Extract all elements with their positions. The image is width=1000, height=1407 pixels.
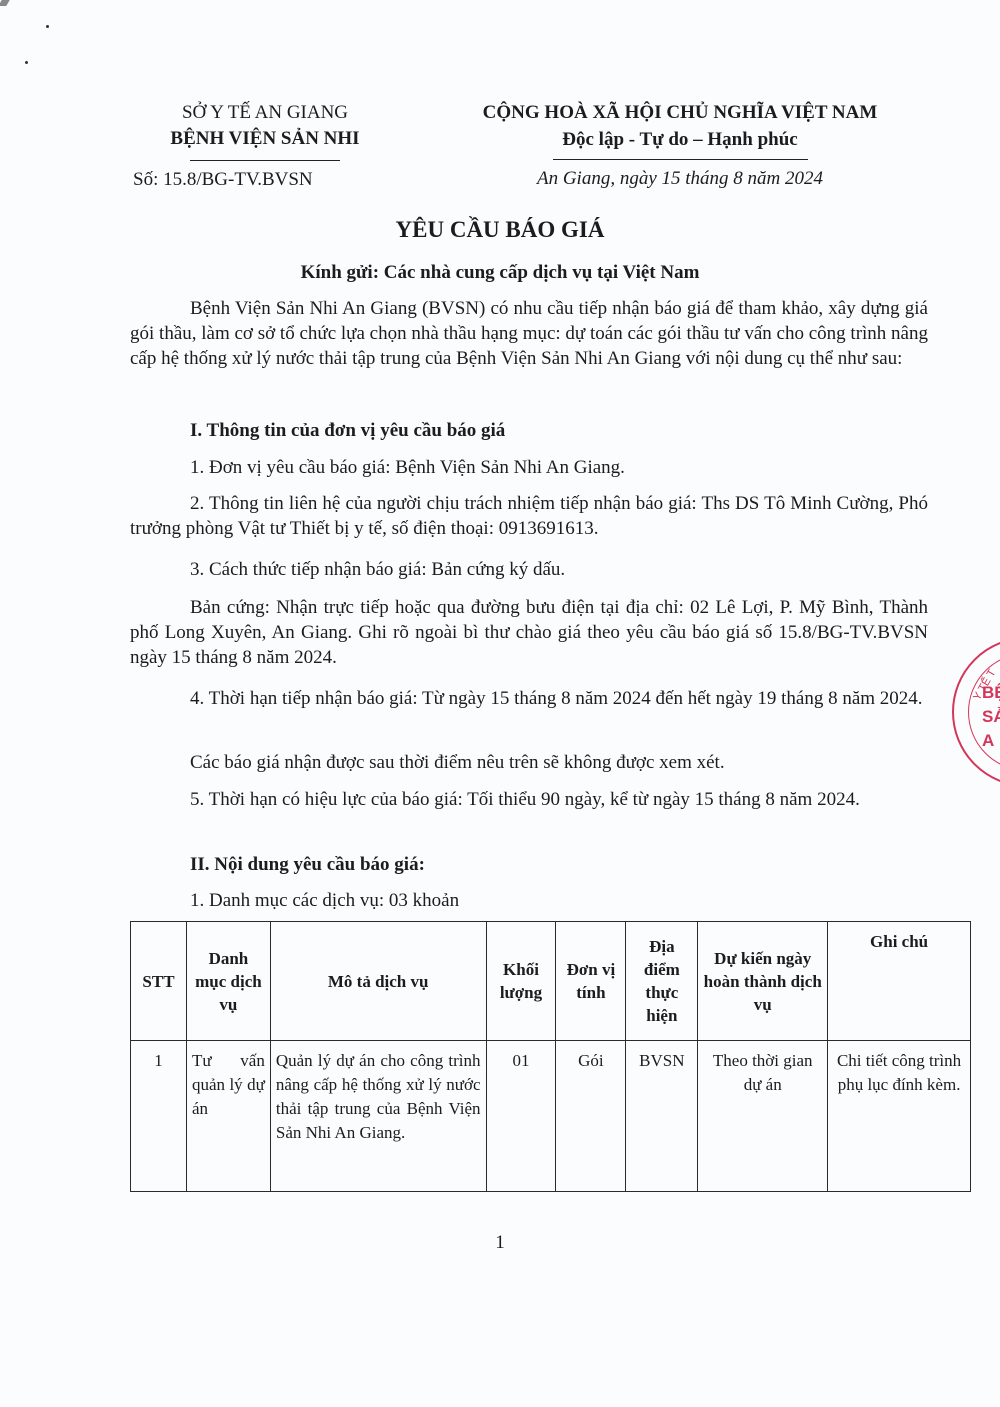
col-header-notes: Ghi chú — [828, 922, 971, 1041]
cell-completion: Theo thời gian dự án — [698, 1041, 828, 1192]
scan-speck — [25, 61, 28, 64]
place-date: An Giang, ngày 15 tháng 8 năm 2024 — [430, 166, 930, 192]
section-2-subheading: 1. Danh mục các dịch vụ: 03 khoản — [130, 888, 928, 913]
recipient-line: Kính gửi: Các nhà cung cấp dịch vụ tại V… — [0, 262, 1000, 284]
section-1-item-4: 4. Thời hạn tiếp nhận báo giá: Từ ngày 1… — [130, 686, 928, 711]
scan-artifact — [0, 0, 10, 6]
seal-text-line-2: SẢ — [982, 705, 1000, 729]
cell-description: Quản lý dự án cho công trình nâng cấp hệ… — [270, 1041, 486, 1192]
table-row: 1 Tư vấn quản lý dự án Quản lý dự án cho… — [131, 1041, 971, 1192]
cell-notes: Chi tiết công trình phụ lục đính kèm. — [828, 1041, 971, 1192]
col-header-quantity: Khối lượng — [486, 922, 556, 1041]
issuer-divider — [190, 160, 340, 161]
seal-text-line-3: A — [982, 729, 994, 753]
late-quote-notice: Các báo giá nhận được sau thời điểm nêu … — [130, 750, 928, 775]
national-header: CỘNG HOÀ XÃ HỘI CHỦ NGHĨA VIỆT NAM Độc l… — [430, 100, 930, 192]
col-header-stt: STT — [131, 922, 187, 1041]
cell-quantity: 01 — [486, 1041, 556, 1192]
nation-title: CỘNG HOÀ XÃ HỘI CHỦ NGHĨA VIỆT NAM — [430, 100, 930, 126]
section-1-item-5: 5. Thời hạn có hiệu lực của báo giá: Tối… — [130, 787, 928, 812]
intro-paragraph: Bệnh Viện Sản Nhi An Giang (BVSN) có nhu… — [130, 296, 928, 371]
section-1-item-2: 2. Thông tin liên hệ của người chịu trác… — [130, 491, 928, 541]
hardcopy-address: Bản cứng: Nhận trực tiếp hoặc qua đường … — [130, 595, 928, 670]
col-header-unit: Đơn vị tính — [556, 922, 626, 1041]
section-1-item-1: 1. Đơn vị yêu cầu báo giá: Bệnh Viện Sản… — [130, 455, 928, 480]
cell-unit: Gói — [556, 1041, 626, 1192]
cell-location: BVSN — [626, 1041, 698, 1192]
table-header-row: STT Danh mục dịch vụ Mô tả dịch vụ Khối … — [131, 922, 971, 1041]
section-1-item-3: 3. Cách thức tiếp nhận báo giá: Bản cứng… — [130, 557, 928, 582]
scan-speck — [46, 25, 49, 28]
document-number: Số: 15.8/BG-TV.BVSN — [100, 167, 430, 193]
page-number: 1 — [0, 1232, 1000, 1254]
national-motto: Độc lập - Tự do – Hạnh phúc — [430, 126, 930, 154]
services-table: STT Danh mục dịch vụ Mô tả dịch vụ Khối … — [130, 921, 971, 1192]
col-header-category: Danh mục dịch vụ — [186, 922, 270, 1041]
issuer-block: SỞ Y TẾ AN GIANG BỆNH VIỆN SẢN NHI Số: 1… — [100, 100, 430, 193]
document-title: YÊU CẦU BÁO GIÁ — [0, 217, 1000, 243]
section-1-heading: I. Thông tin của đơn vị yêu cầu báo giá — [130, 418, 928, 443]
motto-divider — [553, 159, 808, 160]
col-header-description: Mô tả dịch vụ — [270, 922, 486, 1041]
agency-name: SỞ Y TẾ AN GIANG — [100, 100, 430, 126]
official-seal: Y TẾ T BỆ SẢ A — [952, 637, 1000, 787]
cell-stt: 1 — [131, 1041, 187, 1192]
section-2-heading: II. Nội dung yêu cầu báo giá: — [130, 852, 928, 877]
hospital-name: BỆNH VIỆN SẢN NHI — [100, 126, 430, 152]
col-header-completion: Dự kiến ngày hoàn thành dịch vụ — [698, 922, 828, 1041]
col-header-location: Địa điểm thực hiện — [626, 922, 698, 1041]
cell-category: Tư vấn quản lý dự án — [186, 1041, 270, 1192]
seal-text-line-1: BỆ — [982, 681, 1000, 705]
